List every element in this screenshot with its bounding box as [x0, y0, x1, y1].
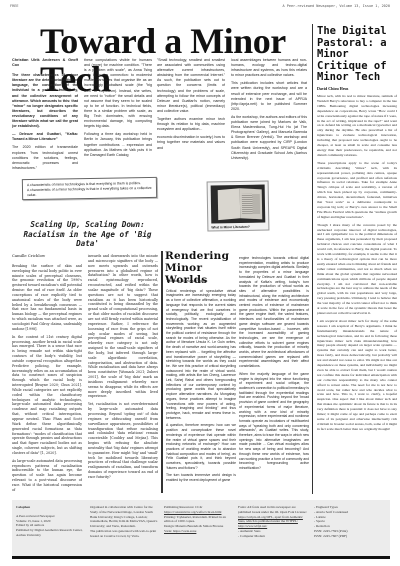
paragraph: Breaking the surface of skin and envelop… [12, 264, 82, 332]
paragraph: these computations visible for humans an… [84, 58, 152, 129]
colophon-col-3: Publishing Resources: CC4r https://const… [164, 505, 232, 534]
price-label: FREE [10, 4, 18, 8]
lead-article-col-3: "Small technology, smallest and smallest… [157, 58, 225, 170]
epigraph: The three characteristics of minor liter… [12, 73, 78, 129]
paragraph: Though I share many of the concerns pose… [317, 223, 397, 316]
scaling-article-title: Scaling Up, Scaling Down: Racialism in t… [20, 220, 155, 249]
paragraph: Yet, racialisation is not overdetermined… [88, 402, 158, 480]
colophon: Colophon A Peer-reviewed Newspaper Volum… [12, 500, 390, 558]
paragraph: These prescriptions apply to the scene o… [317, 161, 397, 220]
paragraph: economic discrimination in society.) how… [157, 135, 225, 150]
paragraph: I am sceptical about minor tech for many… [317, 319, 397, 432]
article-divider [161, 251, 163, 493]
ofl-link[interactable]: https://scripts.sil.org/OFL, apart from … [238, 515, 308, 525]
open-book-image [211, 185, 266, 224]
rendering-article-col-1: Teodora Sinziana Fartan Critical renderi… [166, 279, 236, 493]
column-divider [312, 24, 313, 494]
side-article-body: Minor tech, with its nod to minor litera… [317, 94, 397, 494]
side-article-title: The Digital Pastoral: a Minor Critique o… [317, 26, 397, 84]
paragraph: Minor tech, with its nod to minor litera… [317, 94, 397, 158]
pull-quote-box: A characteristic of minor technologies i… [22, 177, 157, 200]
lead-paragraph: The 2020 edition of transmediale explore… [12, 145, 78, 170]
lead-article-col-1: Christian Ulrik Andersen & Geoff Cox The… [12, 58, 78, 170]
paragraph: When the majority language of the game e… [239, 372, 309, 471]
paragraph: Together authors examine minor tech thro… [157, 117, 225, 132]
paragraph: A question, therefore emerges: how can w… [166, 423, 236, 470]
lead-article-col-4: local assemblages between humans and non… [231, 58, 307, 170]
colophon-col-4: Fonts: All fonts used in this newspaper … [238, 505, 308, 539]
paragraph: As the workshop, the authors and editors… [231, 115, 307, 161]
paragraph: engine technologies towards critical dig… [239, 256, 309, 369]
paragraph: "Small technology, smallest and smallest… [157, 58, 225, 114]
running-head: FREE A Peer-reviewed Newspaper, Volume 1… [10, 4, 390, 12]
paragraph: Critical renderings of speculative virtu… [166, 289, 236, 421]
photo-figure: What is Minor Literature? [207, 180, 270, 231]
paragraph: Following a three day workshop held in B… [84, 132, 152, 157]
paragraph: inwards and downwards into the minute an… [88, 254, 158, 399]
colophon-col-1: Colophon A Peer-reviewed Newspaper Volum… [16, 505, 86, 538]
colophon-col-2: Organised in collaboration with Centre f… [90, 505, 158, 539]
paragraph: As large-scale automated data processing… [12, 459, 82, 493]
scaling-article-byline: Camille Crichlow [12, 254, 82, 259]
scaling-article-col-2: inwards and downwards into the minute an… [88, 254, 158, 494]
varia-link[interactable]: Varia: https://varia.zone [164, 529, 232, 534]
newspaper-page: FREE A Peer-reviewed Newspaper, Volume 1… [0, 0, 400, 566]
lead-article-col-2: these computations visible for humans an… [84, 58, 152, 170]
issue-info: A Peer-reviewed Newspaper, Volume 13, Is… [283, 4, 390, 8]
colophon-col-5: - Engheard Types - Averia Serif Condense… [314, 505, 386, 539]
scaling-article-col-1: Camille Crichlow Breaking the surface of… [12, 254, 82, 494]
pull-quote-line-2: A characteristic of a minor technology i… [27, 186, 152, 198]
paragraph: local assemblages between humans and non… [231, 58, 307, 78]
epigraph-source: — Deleuze and Guattari, "Kafka: Toward a… [12, 132, 78, 142]
paragraph: This publication includes short articles… [231, 81, 307, 112]
page-bottom-rule [12, 556, 390, 559]
side-article-byline: David Chiou Heus [317, 86, 348, 91]
paragraph: In the context of 21st century digital p… [12, 335, 82, 456]
photo-caption: What is Minor Literature? [211, 225, 265, 230]
rendering-article-col-2: engine technologies towards critical dig… [239, 256, 309, 493]
paragraph: The turn towards immersive world design … [166, 473, 236, 482]
lead-article-byline: Christian Ulrik Andersen & Geoff Cox [12, 58, 78, 68]
rendering-article-byline: Teodora Sinziana Fartan [166, 279, 236, 284]
